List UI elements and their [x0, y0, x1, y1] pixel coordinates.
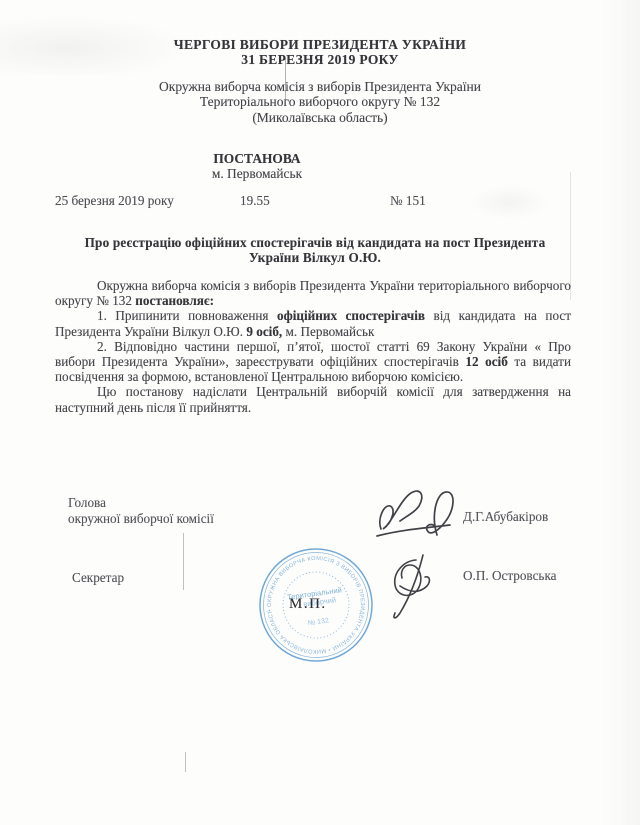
doc-date: 25 березня 2019 року	[55, 193, 174, 209]
body-item-1: 1. Припинити повноваження офіційних спос…	[55, 308, 571, 338]
item1-observers-bold: офіційних спостерігачів	[277, 308, 425, 323]
doc-time: 19.55	[240, 193, 270, 209]
chairman-role-line1: Голова	[68, 495, 214, 511]
chairman-role-label: Голова окружної виборчої комісії	[68, 495, 214, 526]
resolution-body: Окружна виборча комісія з виборів Презид…	[55, 278, 571, 415]
chairman-role-line2: окружної виборчої комісії	[68, 511, 214, 527]
item1-text: 1. Припинити повноваження	[97, 308, 277, 323]
chairman-name: Д.Г.Абубакіров	[463, 509, 548, 525]
resolution-subject-line1: Про реєстрацію офіційних спостерігачів в…	[50, 235, 580, 250]
item1-count-bold: 9 осіб,	[246, 324, 282, 339]
item2-count-bold: 12 осіб	[465, 354, 507, 369]
election-header: ЧЕРГОВІ ВИБОРИ ПРЕЗИДЕНТА УКРАЇНИ 31 БЕР…	[0, 37, 640, 68]
doc-city: м. Первомайськ	[0, 166, 514, 181]
stamp-place-label: М.П.	[289, 596, 327, 613]
item1-text-post: м. Первомайськ	[282, 324, 374, 339]
secretary-signature	[387, 553, 447, 627]
commission-name-line3: (Миколаївська область)	[0, 110, 640, 125]
body-closing-paragraph: Цю постанову надіслати Центральній вибор…	[55, 384, 571, 414]
resolution-heading: ПОСТАНОВА м. Первомайськ	[0, 151, 514, 182]
election-title-line2: 31 БЕРЕЗНЯ 2019 РОКУ	[0, 52, 640, 67]
doc-number: № 151	[390, 193, 426, 209]
resolution-subject: Про реєстрацію офіційних спостерігачів в…	[50, 235, 580, 265]
body-intro-decree-word: постановляє:	[135, 293, 214, 308]
scan-artifact-line	[183, 533, 184, 590]
doc-type-title: ПОСТАНОВА	[0, 151, 514, 166]
resolution-subject-line2: України Вілкул О.Ю.	[50, 250, 580, 265]
scan-smudge	[470, 185, 550, 220]
body-intro-text: Окружна виборча комісія з виборів Презид…	[55, 278, 571, 308]
commission-name: Окружна виборча комісія з виборів Презид…	[0, 79, 640, 125]
secretary-name: О.П. Островська	[463, 568, 557, 584]
body-intro-paragraph: Окружна виборча комісія з виборів Презид…	[55, 278, 571, 308]
chairman-signature	[374, 484, 466, 544]
stamp-center-line3: № 132	[307, 617, 329, 627]
scan-artifact-line	[185, 752, 186, 772]
commission-name-line1: Окружна виборча комісія з виборів Презид…	[0, 79, 640, 94]
secretary-role-label: Секретар	[72, 570, 124, 586]
document-page: ЧЕРГОВІ ВИБОРИ ПРЕЗИДЕНТА УКРАЇНИ 31 БЕР…	[0, 0, 640, 825]
body-item-2: 2. Відповідно частини першої, п’ятої, шо…	[55, 339, 571, 385]
commission-name-line2: Територіального виборчого округу № 132	[0, 94, 640, 109]
election-title-line1: ЧЕРГОВІ ВИБОРИ ПРЕЗИДЕНТА УКРАЇНИ	[0, 37, 640, 52]
